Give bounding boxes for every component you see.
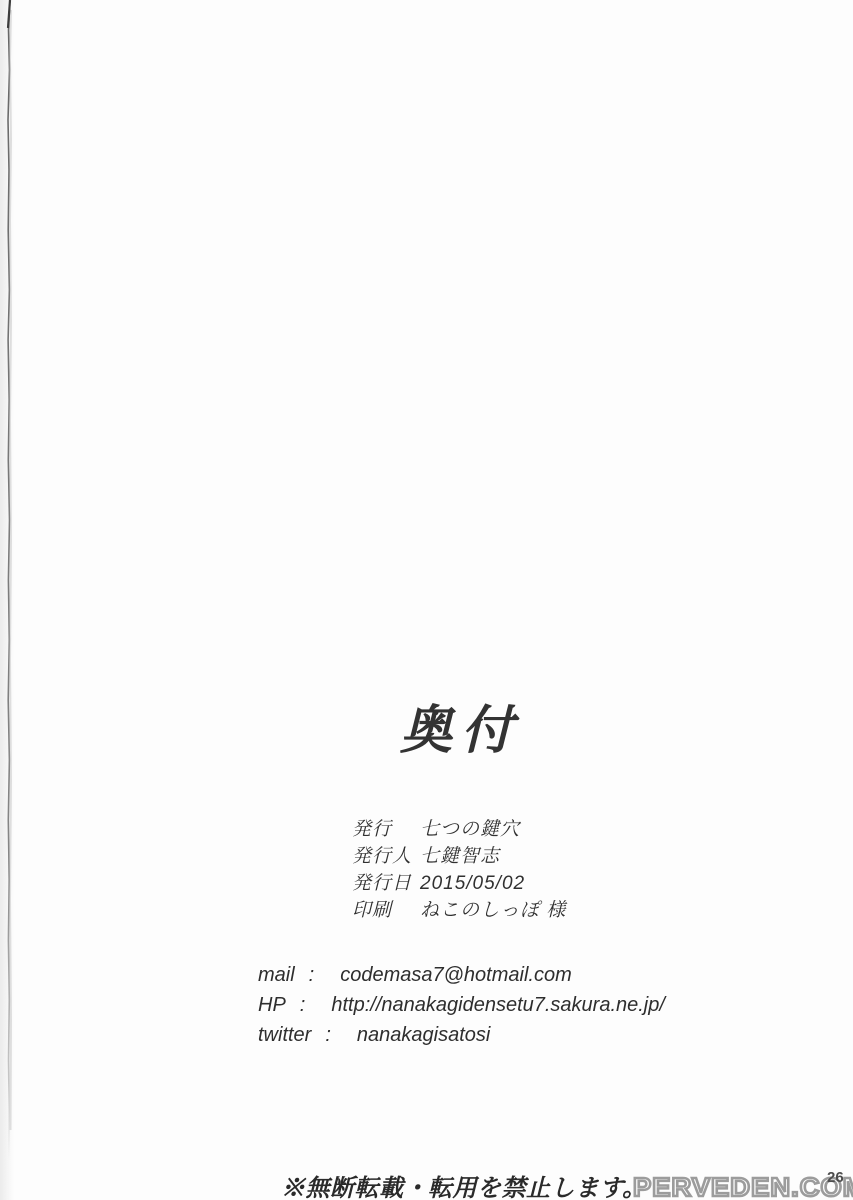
page-number: 26 <box>827 1169 844 1186</box>
contact-separator: : <box>300 990 306 1020</box>
contact-row-homepage: HP : http://nanakagidensetu7.sakura.ne.j… <box>258 990 665 1020</box>
contact-url-value: http://nanakagidensetu7.sakura.ne.jp/ <box>331 990 665 1020</box>
colophon-row-publisher: 発行 七つの鍵穴 <box>352 816 566 843</box>
contact-email-value: codemasa7@hotmail.com <box>340 960 572 990</box>
colophon-row-publisher-person: 発行人 七鍵智志 <box>352 843 566 870</box>
contact-block: mail : codemasa7@hotmail.com HP : http:/… <box>258 960 665 1050</box>
contact-twitter-value: nanakagisatosi <box>357 1020 490 1050</box>
contact-label: HP <box>258 990 286 1020</box>
colophon-row-publish-date: 発行日 2015/05/02 <box>352 870 566 897</box>
colophon-label: 印刷 <box>352 897 420 924</box>
colophon-label: 発行人 <box>352 843 420 870</box>
colophon-value: 七つの鍵穴 <box>420 816 520 843</box>
colophon-value: ねこのしっぽ 様 <box>420 897 566 924</box>
contact-separator: : <box>325 1020 331 1050</box>
colophon-row-printer: 印刷 ねこのしっぽ 様 <box>352 897 566 924</box>
contact-label: twitter <box>258 1020 311 1050</box>
colophon-label: 発行 <box>352 816 420 843</box>
page-title: 奥付 <box>400 702 522 762</box>
contact-row-twitter: twitter : nanakagisatosi <box>258 1020 665 1050</box>
copyright-notice: ※無断転載・転用を禁止します。 <box>281 1168 647 1200</box>
colophon-label: 発行日 <box>352 870 420 897</box>
contact-separator: : <box>309 960 315 990</box>
colophon-value: 七鍵智志 <box>420 843 500 870</box>
site-watermark: PERVEDEN.COM <box>633 1174 853 1200</box>
contact-row-mail: mail : codemasa7@hotmail.com <box>258 960 665 990</box>
colophon-block: 発行 七つの鍵穴 発行人 七鍵智志 発行日 2015/05/02 印刷 ねこのし… <box>352 816 566 924</box>
scan-crease-line <box>0 0 16 1200</box>
page-binding-edge <box>0 0 16 1200</box>
scanned-colophon-page: 奥付 発行 七つの鍵穴 発行人 七鍵智志 発行日 2015/05/02 印刷 ね… <box>0 0 853 1200</box>
colophon-value: 2015/05/02 <box>420 870 525 897</box>
contact-label: mail <box>258 960 295 990</box>
